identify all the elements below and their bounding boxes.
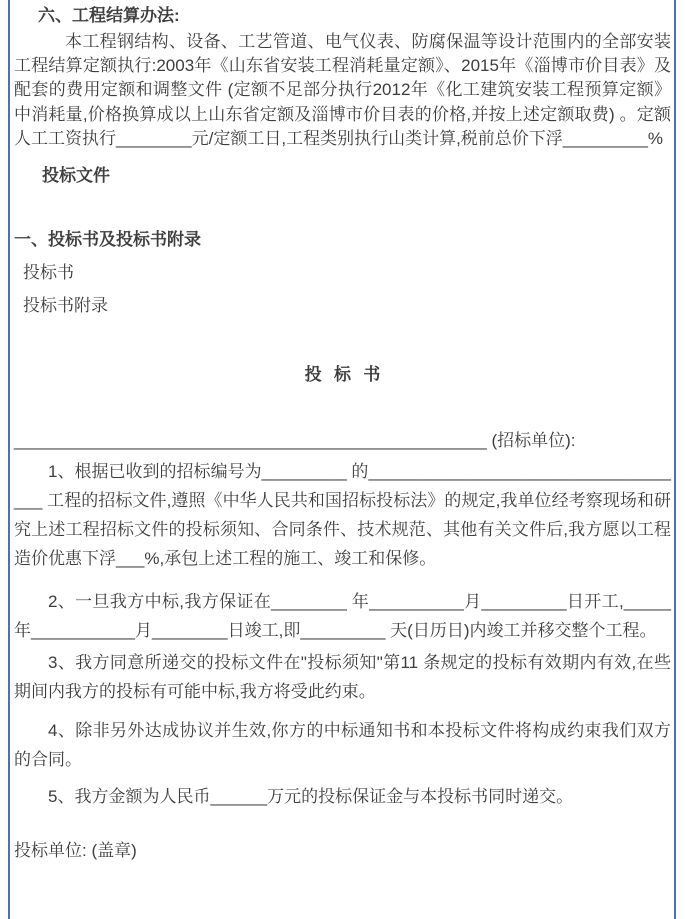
- letter-paragraph-1: 1、根据已收到的招标编号为_________ 的________________…: [14, 457, 671, 573]
- toc-item-bid-letter: 投标书: [14, 261, 671, 285]
- bid-documents-heading: 投标文件: [14, 164, 671, 188]
- settlement-body-paragraph: 本工程钢结构、设备、工艺管道、电气仪表、防腐保温等设计范围内的全部安装工程结算定…: [14, 30, 671, 151]
- bid-letter-title: 投 标 书: [14, 363, 671, 387]
- settlement-section-heading: 六、工程结算办法:: [14, 4, 671, 28]
- letter-paragraph-5: 5、我方金额为人民币______万元的投标保证金与本投标书同时递交。: [14, 782, 671, 811]
- letter-paragraph-2: 2、一旦我方中标,我方保证在________ 年__________月_____…: [14, 587, 671, 645]
- letter-salutation-line: ________________________________________…: [14, 429, 671, 453]
- signature-line: 投标单位: (盖章): [14, 836, 671, 865]
- letter-paragraph-4: 4、除非另外达成协议并生效,你方的中标通知书和本投标文件将构成约束我们双方的合同…: [14, 716, 671, 774]
- page-content: 六、工程结算办法: 本工程钢结构、设备、工艺管道、电气仪表、防腐保温等设计范围内…: [10, 0, 674, 919]
- letter-paragraph-3: 3、我方同意所递交的投标文件在"投标须知"第11 条规定的投标有效期内有效,在些…: [14, 648, 671, 706]
- toc-section-heading: 一、投标书及投标书附录: [14, 228, 671, 252]
- toc-item-bid-letter-appendix: 投标书附录: [14, 294, 671, 318]
